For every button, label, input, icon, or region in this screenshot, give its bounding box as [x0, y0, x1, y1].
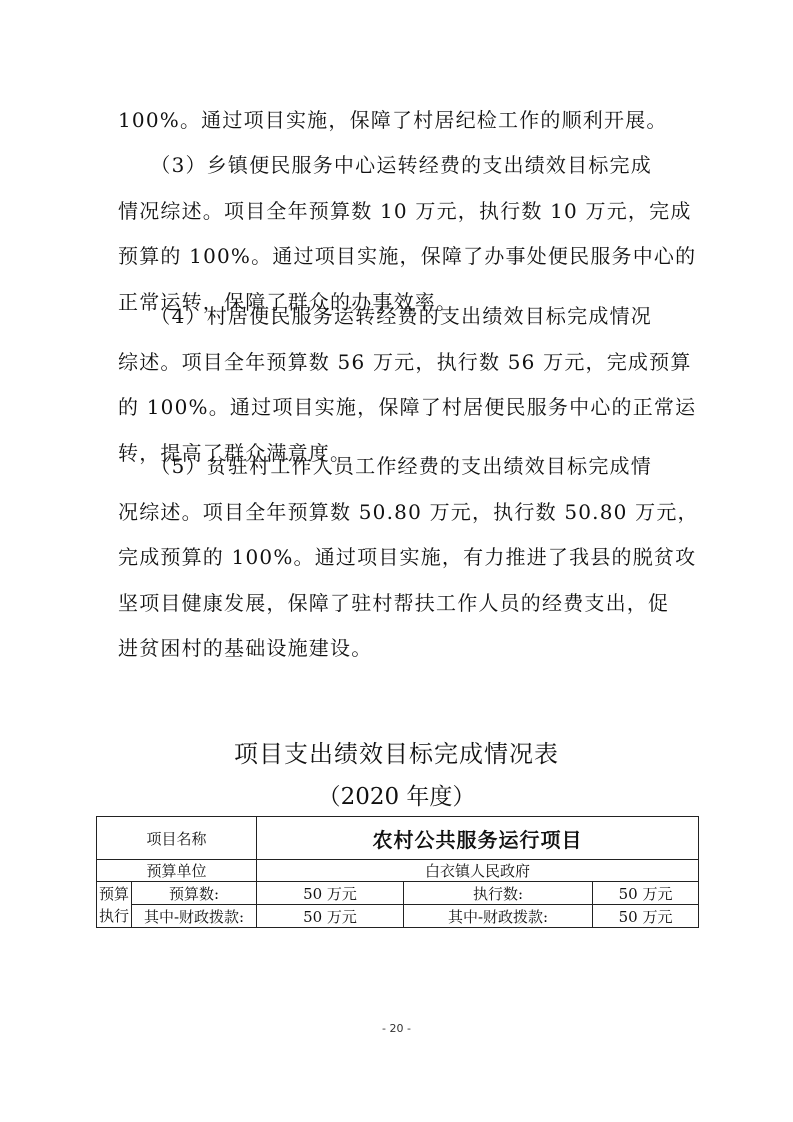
text-line: 况综述。项目全年预算数 50.80 万元，执行数 50.80 万元， — [118, 490, 680, 536]
text-line: 的 100%。通过项目实施，保障了村居便民服务中心的正常运 — [118, 385, 680, 431]
budget-amount-value: 50 万元 — [257, 882, 404, 905]
text-line: 进贫困村的基础设施建设。 — [118, 626, 680, 672]
table-row-project-name: 项目名称 农村公共服务运行项目 — [97, 817, 699, 860]
table-row-budget: 预算 执行 预算数: 50 万元 执行数: 50 万元 — [97, 882, 699, 905]
table-row-fiscal: 其中-财政拨款: 50 万元 其中-财政拨款: 50 万元 — [97, 905, 699, 928]
text-line: 情况综述。项目全年预算数 10 万元，执行数 10 万元，完成 — [118, 189, 680, 235]
budget-unit-value: 白衣镇人民政府 — [257, 860, 699, 882]
project-name-value: 农村公共服务运行项目 — [257, 817, 699, 860]
budget-fiscal-value: 50 万元 — [257, 905, 404, 928]
budget-unit-label: 预算单位 — [97, 860, 257, 882]
text-line: （3）乡镇便民服务中心运转经费的支出绩效目标完成 — [118, 143, 680, 189]
text-line: （4）村居便民服务运转经费的支出绩效目标完成情况 — [118, 294, 680, 340]
table-title: 项目支出绩效目标完成情况表 — [0, 734, 793, 769]
text-line: 完成预算的 100%。通过项目实施，有力推进了我县的脱贫攻 — [118, 535, 680, 581]
table-row-budget-unit: 预算单位 白衣镇人民政府 — [97, 860, 699, 882]
execution-amount-label: 执行数: — [404, 882, 593, 905]
text-line: 100%。通过项目实施，保障了村居纪检工作的顺利开展。 — [118, 98, 680, 144]
performance-table: 项目名称 农村公共服务运行项目 预算单位 白衣镇人民政府 预算 执行 预算数: … — [96, 816, 699, 928]
execution-fiscal-value: 50 万元 — [593, 905, 699, 928]
table-year: （2020 年度） — [0, 778, 793, 811]
text-line: 综述。项目全年预算数 56 万元，执行数 56 万元，完成预算 — [118, 340, 680, 386]
budget-fiscal-label: 其中-财政拨款: — [132, 905, 257, 928]
project-name-label: 项目名称 — [97, 817, 257, 860]
execution-amount-value: 50 万元 — [593, 882, 699, 905]
text-line: 预算的 100%。通过项目实施，保障了办事处便民服务中心的 — [118, 234, 680, 280]
side-label-line: 执行 — [97, 905, 131, 927]
budget-execution-label: 预算 执行 — [97, 882, 132, 928]
page-number: - 20 - — [0, 1022, 793, 1035]
paragraph-1: 100%。通过项目实施，保障了村居纪检工作的顺利开展。 — [118, 98, 680, 144]
execution-fiscal-label: 其中-财政拨款: — [404, 905, 593, 928]
paragraph-item-5: （5）贫驻村工作人员工作经费的支出绩效目标完成情 况综述。项目全年预算数 50.… — [118, 444, 680, 672]
side-label-line: 预算 — [97, 883, 131, 905]
text-line: 坚项目健康发展，保障了驻村帮扶工作人员的经费支出，促 — [118, 581, 680, 627]
budget-amount-label: 预算数: — [132, 882, 257, 905]
text-line: （5）贫驻村工作人员工作经费的支出绩效目标完成情 — [118, 444, 680, 490]
